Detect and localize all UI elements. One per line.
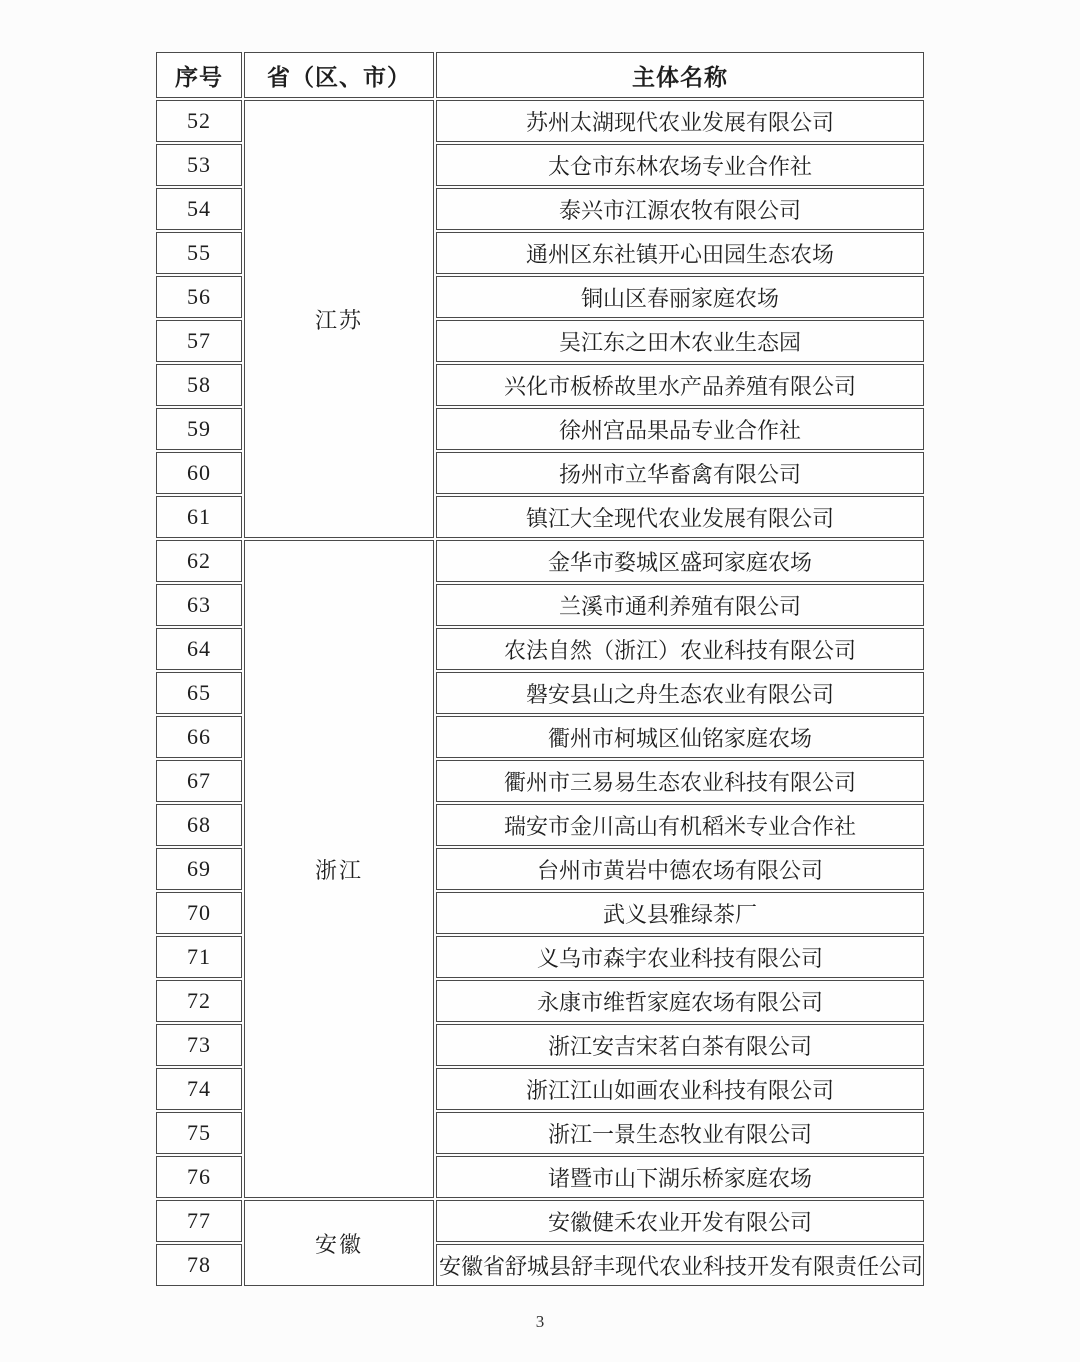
row-number-cell: 65 — [156, 672, 242, 714]
entity-name-cell: 安徽健禾农业开发有限公司 — [436, 1200, 924, 1242]
row-number-cell: 70 — [156, 892, 242, 934]
table-row: 77安徽安徽健禾农业开发有限公司 — [156, 1200, 924, 1242]
entity-name-cell: 浙江安吉宋茗白茶有限公司 — [436, 1024, 924, 1066]
row-number-cell: 58 — [156, 364, 242, 406]
entity-name-cell: 兴化市板桥故里水产品养殖有限公司 — [436, 364, 924, 406]
entity-name-cell: 永康市维哲家庭农场有限公司 — [436, 980, 924, 1022]
row-number-cell: 59 — [156, 408, 242, 450]
entity-name-cell: 太仓市东林农场专业合作社 — [436, 144, 924, 186]
column-header-province: 省（区、市） — [244, 52, 434, 98]
entity-name-cell: 衢州市柯城区仙铭家庭农场 — [436, 716, 924, 758]
row-number-cell: 54 — [156, 188, 242, 230]
row-number-cell: 76 — [156, 1156, 242, 1198]
row-number-cell: 77 — [156, 1200, 242, 1242]
table-row: 52江苏苏州太湖现代农业发展有限公司 — [156, 100, 924, 142]
row-number-cell: 55 — [156, 232, 242, 274]
row-number-cell: 75 — [156, 1112, 242, 1154]
document-page: 序号 省（区、市） 主体名称 52江苏苏州太湖现代农业发展有限公司53太仓市东林… — [0, 0, 1080, 1288]
entity-name-cell: 兰溪市通利养殖有限公司 — [436, 584, 924, 626]
page-number: 3 — [0, 1312, 1080, 1332]
entity-name-cell: 铜山区春丽家庭农场 — [436, 276, 924, 318]
row-number-cell: 61 — [156, 496, 242, 538]
entity-name-cell: 义乌市森宇农业科技有限公司 — [436, 936, 924, 978]
row-number-cell: 67 — [156, 760, 242, 802]
row-number-cell: 53 — [156, 144, 242, 186]
entity-name-cell: 通州区东社镇开心田园生态农场 — [436, 232, 924, 274]
entity-name-cell: 扬州市立华畜禽有限公司 — [436, 452, 924, 494]
row-number-cell: 73 — [156, 1024, 242, 1066]
column-header-entity-name: 主体名称 — [436, 52, 924, 98]
entity-name-cell: 苏州太湖现代农业发展有限公司 — [436, 100, 924, 142]
entity-name-cell: 诸暨市山下湖乐桥家庭农场 — [436, 1156, 924, 1198]
row-number-cell: 71 — [156, 936, 242, 978]
province-cell: 江苏 — [244, 100, 434, 538]
row-number-cell: 64 — [156, 628, 242, 670]
entity-name-cell: 金华市婺城区盛珂家庭农场 — [436, 540, 924, 582]
entity-name-cell: 农法自然（浙江）农业科技有限公司 — [436, 628, 924, 670]
province-cell: 安徽 — [244, 1200, 434, 1286]
entity-name-cell: 安徽省舒城县舒丰现代农业科技开发有限责任公司 — [436, 1244, 924, 1286]
row-number-cell: 72 — [156, 980, 242, 1022]
entity-name-cell: 吴江东之田木农业生态园 — [436, 320, 924, 362]
entity-name-cell: 浙江江山如画农业科技有限公司 — [436, 1068, 924, 1110]
entity-name-cell: 武义县雅绿茶厂 — [436, 892, 924, 934]
province-cell: 浙江 — [244, 540, 434, 1198]
entity-name-cell: 衢州市三易易生态农业科技有限公司 — [436, 760, 924, 802]
row-number-cell: 62 — [156, 540, 242, 582]
entity-name-cell: 泰兴市江源农牧有限公司 — [436, 188, 924, 230]
row-number-cell: 52 — [156, 100, 242, 142]
entity-name-cell: 瑞安市金川高山有机稻米专业合作社 — [436, 804, 924, 846]
entity-name-cell: 磐安县山之舟生态农业有限公司 — [436, 672, 924, 714]
entities-table: 序号 省（区、市） 主体名称 52江苏苏州太湖现代农业发展有限公司53太仓市东林… — [154, 50, 926, 1288]
entity-name-cell: 镇江大全现代农业发展有限公司 — [436, 496, 924, 538]
row-number-cell: 68 — [156, 804, 242, 846]
entity-name-cell: 浙江一景生态牧业有限公司 — [436, 1112, 924, 1154]
table-body: 52江苏苏州太湖现代农业发展有限公司53太仓市东林农场专业合作社54泰兴市江源农… — [156, 100, 924, 1286]
entity-name-cell: 台州市黄岩中德农场有限公司 — [436, 848, 924, 890]
entity-name-cell: 徐州宫品果品专业合作社 — [436, 408, 924, 450]
column-header-serial: 序号 — [156, 52, 242, 98]
row-number-cell: 56 — [156, 276, 242, 318]
row-number-cell: 63 — [156, 584, 242, 626]
row-number-cell: 74 — [156, 1068, 242, 1110]
table-row: 62浙江金华市婺城区盛珂家庭农场 — [156, 540, 924, 582]
row-number-cell: 57 — [156, 320, 242, 362]
row-number-cell: 66 — [156, 716, 242, 758]
row-number-cell: 60 — [156, 452, 242, 494]
row-number-cell: 69 — [156, 848, 242, 890]
row-number-cell: 78 — [156, 1244, 242, 1286]
header-row: 序号 省（区、市） 主体名称 — [156, 52, 924, 98]
